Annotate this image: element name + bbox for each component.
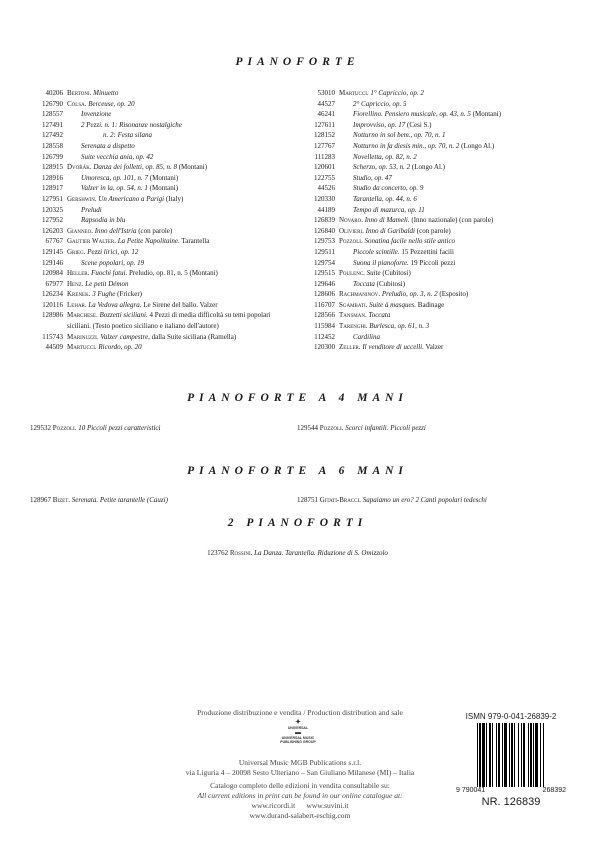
entry-text: Tansman. Toccata xyxy=(339,310,390,321)
entry-text: Marinuzzi. Valzer campestre, dalla Suite… xyxy=(67,332,236,343)
catalog-entry: 128967 Bizet. Serenata. Petite tarantell… xyxy=(30,496,168,504)
work-note: Valzer xyxy=(426,343,444,351)
entry-text: Studio, op. 47 xyxy=(339,173,392,184)
work-title: Fiorellino. Pensiero musicale, op. 43, n… xyxy=(353,110,471,118)
composer: Novaro. xyxy=(339,216,363,224)
work-note: Preludio, op. 81, n. 5 (Montani) xyxy=(129,269,218,277)
catalog-entry: 122755 Studio, op. 47 xyxy=(302,173,582,184)
catalog-entry: 123762 Rossini. La Danza. Tarantella. Ri… xyxy=(0,549,595,557)
entry-text: Suona il pianoforte. 19 Piccoli pezzi xyxy=(339,258,455,269)
work-title: Pezzi lirici, op. 12 xyxy=(87,248,138,256)
catalog-entry: 120601 Scherzo, op. 53, n. 2 (Longo Al.) xyxy=(302,162,582,173)
work-title: Studio, op. 47 xyxy=(353,174,392,182)
web-link-durand[interactable]: www.durand-salabert-eschig.com xyxy=(120,811,480,821)
composer: Henz. xyxy=(67,280,84,288)
entry-text: Notturno in fa diesis min., op. 70, n. 2… xyxy=(339,141,494,152)
catalog-entry: 129532 Pozzoli. 10 Piccoli pezzi caratte… xyxy=(30,424,160,432)
entry-text: Preludi xyxy=(67,205,102,216)
catalog-entry: 129646 Toccata (Cubitosi) xyxy=(302,279,582,290)
web-links: www.ricordi.it www.suvini.it xyxy=(120,801,480,811)
entry-text: Gianneo. Inno dell'Istria (con parole) xyxy=(67,226,172,237)
catalog-number: 126840 xyxy=(302,226,339,237)
entry-text: Piccole scintille. 15 Pezzettini facili xyxy=(339,247,454,258)
catalog-number: 115984 xyxy=(302,321,339,332)
composer: Zeller. xyxy=(339,343,361,351)
entry-text: Bertoni. Minuetto xyxy=(67,88,118,99)
catalog-number: 126790 xyxy=(30,99,67,110)
catalog-entry: 129544 Pozzoli. Scorci infantili. Piccol… xyxy=(297,424,426,432)
catalog-entry: 128557 Invenzione xyxy=(30,109,300,120)
entry-text: Lehar. La Vedova allegra. Le Sirene del … xyxy=(67,300,218,311)
section-title-4-mani: PIANOFORTE A 4 MANI xyxy=(0,392,595,404)
composer: Martucci. xyxy=(67,343,97,351)
catalog-number: 112452 xyxy=(302,332,339,343)
composer: Marinuzzi. xyxy=(67,333,99,341)
work-title: Piccole scintille. xyxy=(353,248,400,256)
catalog-entry: 120984Heller. Fuochi fatui. Preludio, op… xyxy=(30,268,300,279)
catalog-note-en: All current editions in print can be fou… xyxy=(120,791,480,801)
work-title: Inno di Garibaldi xyxy=(366,227,415,235)
catalog-number: 129515 xyxy=(302,268,339,279)
catalog-entry: 128917 Valzer in la, op. 54, n. 1 (Monta… xyxy=(30,183,300,194)
publisher-name: Universal Music MGB Publications s.r.l. xyxy=(120,758,480,768)
catalog-number: 128606 xyxy=(302,289,339,300)
entry-text: Novelletta, op. 82, n. 2 xyxy=(339,152,417,163)
catalog-entry: 112452 Cardilina xyxy=(302,332,582,343)
work-title: Rapsodia in blu xyxy=(81,216,125,224)
composer: Pozzoli. xyxy=(53,424,77,432)
catalog-number: 126839 xyxy=(302,215,339,226)
entry-text: Fiorellino. Pensiero musicale, op. 43, n… xyxy=(339,109,501,120)
entry-text: 2° Capriccio, op. 5 xyxy=(339,99,407,110)
barcode-digits-right: 268392 xyxy=(543,787,566,794)
work-title: Fuochi fatui. xyxy=(91,269,127,277)
entry-text: Cardilina xyxy=(339,332,380,343)
composer: Tarenghi. xyxy=(339,322,368,330)
entry-text: Pozzoli. Sonatina facile nello stile ant… xyxy=(339,236,455,247)
entry-text: Gershwin. Un Americano a Parigi (Italy) xyxy=(67,194,183,205)
section-title-pianoforte: PIANOFORTE xyxy=(0,56,595,68)
catalog-number: 44189 xyxy=(302,205,339,216)
catalog-note-it: Catalogo completo delle edizioni in vend… xyxy=(120,781,480,791)
section-title-6-mani: PIANOFORTE A 6 MANI xyxy=(0,465,595,477)
entry-text: Improvviso, op. 17 (Cesi S.) xyxy=(339,120,431,131)
work-title: Cardilina xyxy=(353,333,380,341)
entry-text: Gautier Walter. La Petite Napolitaine. T… xyxy=(67,236,209,247)
work-note: (con parole) xyxy=(417,227,451,235)
catalog-number: 129532 xyxy=(30,424,51,432)
work-title: Inno dell'Istria xyxy=(95,227,137,235)
logo-icon: ✦ xyxy=(278,718,318,726)
entry-text: Toccata (Cubitosi) xyxy=(339,279,405,290)
work-note: (con parole) xyxy=(138,227,172,235)
entry-text: Martucci. Ricordo, op. 20 xyxy=(67,342,142,353)
composer: Heller. xyxy=(67,269,89,277)
work-title: Umoresca, op. 101, n. 7 xyxy=(81,174,148,182)
catalog-number: 44527 xyxy=(302,99,339,110)
catalog-nr: NR. 126839 xyxy=(452,796,570,808)
catalog-entry: 126840Olivieri. Inno di Garibaldi (con p… xyxy=(302,226,582,237)
barcode: ISMN 979-0-041-26839-2 9 790041 268392 N… xyxy=(452,712,570,808)
catalog-entry: 116707Sgambati. Suite à masques. Badinag… xyxy=(302,300,582,311)
work-title: Scherzo, op. 53, n. 2 xyxy=(353,163,410,171)
catalog-number: 120330 xyxy=(302,194,339,205)
catalog-number: 44526 xyxy=(302,183,339,194)
work-title: Preludio, op. 3, n. 2 xyxy=(382,290,438,298)
work-title: Improvviso, op. 17 xyxy=(353,121,405,129)
work-title: Invenzione xyxy=(81,110,111,118)
work-note: (Esposito) xyxy=(439,290,468,298)
entry-text: Grieg. Pezzi lirici, op. 12 xyxy=(67,247,138,258)
catalog-entry: 53010Martucci. 1° Capriccio, op. 2 xyxy=(302,88,582,99)
catalog-entry: 126839Novaro. Inno di Mameli. (Inno nazi… xyxy=(302,215,582,226)
catalog-entry: 67767Gautier Walter. La Petite Napolitai… xyxy=(30,236,300,247)
catalog-number: 120601 xyxy=(302,162,339,173)
catalog-entry: 44509Martucci. Ricordo, op. 20 xyxy=(30,342,300,353)
composer: Grieg. xyxy=(67,248,85,256)
catalog-number: 120325 xyxy=(30,205,67,216)
catalog-number: 126799 xyxy=(30,152,67,163)
work-title: La Vedova allegra. xyxy=(88,301,141,309)
work-title: Tempo di mazurca, op. 11 xyxy=(353,206,425,214)
work-title: Toccata xyxy=(368,311,390,319)
composer: Poulenc. xyxy=(339,269,365,277)
catalog-number: 116707 xyxy=(302,300,339,311)
work-title: Serenata a dispetto xyxy=(81,142,135,150)
work-note: (Fricker) xyxy=(117,290,142,298)
entry-text: Scene popolari, op. 19 xyxy=(67,258,144,269)
work-note: (Cubitosi) xyxy=(377,280,405,288)
catalog-entry: 127611 Improvviso, op. 17 (Cesi S.) xyxy=(302,120,582,131)
work-title: Suite vecchia ania, op. 42 xyxy=(81,153,153,161)
work-title: Ricordo, op. 20 xyxy=(98,343,141,351)
catalog-number: 120984 xyxy=(30,268,67,279)
entry-text: Tarenghi. Burlesca, op. 61, n. 3 xyxy=(339,321,429,332)
catalog-number: 67767 xyxy=(30,236,67,247)
work-title: 1° Capriccio, op. 2 xyxy=(370,89,424,97)
catalog-entry: 129146 Scene popolari, op. 19 xyxy=(30,258,300,269)
work-note: (Inno nazionale) (con parole) xyxy=(411,216,493,224)
work-note: Le Sirene del ballo. Valzer xyxy=(143,301,217,309)
catalog-number: 67977 xyxy=(30,279,67,290)
catalog-entry: 120325 Preludi xyxy=(30,205,300,216)
work-title: La Danza. Tarantella. Riduzione di S. Om… xyxy=(254,549,388,557)
catalog-number: 128558 xyxy=(30,141,67,152)
catalog-entry: 115743Marinuzzi. Valzer campestre, dalla… xyxy=(30,332,300,343)
work-title: Berceuse, op. 20 xyxy=(88,100,134,108)
catalog-entry: 46241 Fiorellino. Pensiero musicale, op.… xyxy=(302,109,582,120)
work-title: Il venditore di uccelli. xyxy=(362,343,424,351)
work-title: Sapaiamo un ero? 2 Canti popolari tedesc… xyxy=(363,496,487,504)
work-note: Badinage xyxy=(418,301,444,309)
catalog-number: 129646 xyxy=(302,279,339,290)
catalog-entry: 128986Marchese. Bozzetti siciliani. 4 Pe… xyxy=(30,310,300,331)
catalog-entry: 129515Poulenc. Suite (Cubitosi) xyxy=(302,268,582,279)
work-title: Scene popolari, op. 19 xyxy=(81,259,144,267)
work-title: Un Americano a Parigi xyxy=(98,195,164,203)
composer: Bertoni. xyxy=(67,89,91,97)
work-title: Notturno in fa diesis min., op. 70, n. 2 xyxy=(353,142,459,150)
entry-text: Colsa. Berceuse, op. 20 xyxy=(67,99,135,110)
entry-text: Dvořák. Danza dei folletti, op. 85, n. 8… xyxy=(67,162,207,173)
work-title: Valzer in la, op. 54, n. 1 xyxy=(81,184,148,192)
composer: Pozzoli. xyxy=(320,424,344,432)
entry-text: Umoresca, op. 101, n. 7 (Montani) xyxy=(67,173,178,184)
work-title: La Petite Napolitaine. xyxy=(118,237,180,245)
publisher-logo: ✦ UNIVERSAL ▬ UNIVERSAL MUSIC PUBLISHING… xyxy=(278,718,318,744)
entry-text: Tempo di mazurca, op. 11 xyxy=(339,205,425,216)
entry-text: Marchese. Bozzetti siciliani. 4 Pezzi di… xyxy=(67,310,272,331)
entry-text: Rachmaninov. Preludio, op. 3, n. 2 (Espo… xyxy=(339,289,468,300)
catalog-entry: 120116Lehar. La Vedova allegra. Le Siren… xyxy=(30,300,300,311)
work-note: dalla Suite siciliana (Ramella) xyxy=(152,333,237,341)
entry-text: Invenzione xyxy=(67,109,111,120)
catalog-entry: 128566Tansman. Toccata xyxy=(302,310,582,321)
catalog-number: 44509 xyxy=(30,342,67,353)
entry-text: Novaro. Inno di Mameli. (Inno nazionale)… xyxy=(339,215,493,226)
catalog-entry: 128751 Gitati-Bracci. Sapaiamo un ero? 2… xyxy=(297,496,487,504)
catalog-number: 127951 xyxy=(30,194,67,205)
work-note: (Italy) xyxy=(166,195,184,203)
catalog-number: 129544 xyxy=(297,424,318,432)
catalog-entry: 127952 Rapsodia in blu xyxy=(30,215,300,226)
entry-text: Serenata a dispetto xyxy=(67,141,135,152)
composer: Gitati-Bracci. xyxy=(320,496,361,504)
entry-text: Henz. Le petit Démon xyxy=(67,279,128,290)
catalog-entry: 128152 Notturno in sol bem., op. 70, n. … xyxy=(302,130,582,141)
catalog-number: 128557 xyxy=(30,109,67,120)
catalog-number: 128917 xyxy=(30,183,67,194)
work-title: 2 Pezzi. n. 1: Risonanze nostalgiche xyxy=(81,121,182,129)
catalog-number: 123762 xyxy=(207,549,228,557)
work-note: (Montani) xyxy=(150,184,178,192)
catalog-entry: 115984Tarenghi. Burlesca, op. 61, n. 3 xyxy=(302,321,582,332)
work-note: Tarantella xyxy=(181,237,209,245)
entry-text: Heller. Fuochi fatui. Preludio, op. 81, … xyxy=(67,268,218,279)
composer: Martucci. xyxy=(339,89,369,97)
composer: Dvořák. xyxy=(67,163,92,171)
work-title: n. 2: Festa silana xyxy=(103,131,152,139)
entry-text: Notturno in sol bem., op. 70, n. 1 xyxy=(339,130,446,141)
work-title: Inno di Mameli. xyxy=(365,216,410,224)
work-title: Suona il pianoforte. xyxy=(353,259,409,267)
work-title: Le petit Démon xyxy=(85,280,128,288)
publisher-address: via Liguria 4 – 20098 Sesto Ulteriano – … xyxy=(120,768,480,778)
work-note: (Cesi S.) xyxy=(407,121,432,129)
composer: Pozzoli. xyxy=(339,237,363,245)
catalog-number: 129511 xyxy=(302,247,339,258)
catalog-entry: 129754 Suona il pianoforte. 19 Piccoli p… xyxy=(302,258,582,269)
work-title: Notturno in sol bem., op. 70, n. 1 xyxy=(353,131,446,139)
entry-text: 2 Pezzi. n. 1: Risonanze nostalgiche xyxy=(67,120,182,131)
composer: Rossini. xyxy=(230,549,253,557)
catalog-number: 111283 xyxy=(302,152,339,163)
catalog-number: 128915 xyxy=(30,162,67,173)
work-note: (Montani) xyxy=(179,163,207,171)
entry-text: Poulenc. Suite (Cubitosi) xyxy=(339,268,411,279)
composer: Tansman. xyxy=(339,311,367,319)
catalog-entry: 128915Dvořák. Danza dei folletti, op. 85… xyxy=(30,162,300,173)
work-title: Novelletta, op. 82, n. 2 xyxy=(353,153,417,161)
left-catalog-column: 40206Bertoni. Minuetto 126790Colsa. Berc… xyxy=(30,88,300,353)
work-title: Scorci infantili. Piccoli pezzi xyxy=(345,424,426,432)
catalog-entry: 129145Grieg. Pezzi lirici, op. 12 xyxy=(30,247,300,258)
catalog-entry: 111283 Novelletta, op. 82, n. 2 xyxy=(302,152,582,163)
catalog-number: 128566 xyxy=(302,310,339,321)
catalog-entry: 44527 2° Capriccio, op. 5 xyxy=(302,99,582,110)
composer: Olivieri. xyxy=(339,227,364,235)
work-note: 4 Pezzi di media difficoltà su temi popo… xyxy=(67,311,270,330)
catalog-entry: 126234Krenek. 3 Fughe (Fricker) xyxy=(30,289,300,300)
catalog-entry: 129511 Piccole scintille. 15 Pezzettini … xyxy=(302,247,582,258)
catalog-number: 128967 xyxy=(30,496,51,504)
entry-text: Valzer in la, op. 54, n. 1 (Montani) xyxy=(67,183,178,194)
catalog-entry: 127492 n. 2: Festa silana xyxy=(30,130,300,141)
catalog-entry: 126799 Suite vecchia ania, op. 42 xyxy=(30,152,300,163)
work-title: Burlesca, op. 61, n. 3 xyxy=(369,322,429,330)
catalog-entry: 127491 2 Pezzi. n. 1: Risonanze nostalgi… xyxy=(30,120,300,131)
work-title: Danza dei folletti, op. 85, n. 8 xyxy=(93,163,177,171)
footer-distribution: Produzione distribuzione e vendita / Pro… xyxy=(120,708,480,718)
link-suvini[interactable]: www.suvini.it xyxy=(306,801,348,810)
catalog-number: 115743 xyxy=(30,332,67,343)
catalog-number: 128916 xyxy=(30,173,67,184)
work-note: (Longo Al.) xyxy=(461,142,494,150)
catalog-entry: 40206Bertoni. Minuetto xyxy=(30,88,300,99)
catalog-entry: 120300Zeller. Il venditore di uccelli. V… xyxy=(302,342,582,353)
catalog-number: 126203 xyxy=(30,226,67,237)
composer: Krenek. xyxy=(67,290,90,298)
catalog-entry: 44189 Tempo di mazurca, op. 11 xyxy=(302,205,582,216)
catalog-number: 128986 xyxy=(30,310,67,331)
entry-text: Zeller. Il venditore di uccelli. Valzer xyxy=(339,342,443,353)
catalog-entry: 128606Rachmaninov. Preludio, op. 3, n. 2… xyxy=(302,289,582,300)
section-title-2-pianoforti: 2 PIANOFORTI xyxy=(0,517,595,529)
entry-text: Studio da concerto, op. 9 xyxy=(339,183,423,194)
catalog-number: 126234 xyxy=(30,289,67,300)
composer: Colsa. xyxy=(67,100,86,108)
catalog-number: 122755 xyxy=(302,173,339,184)
catalog-entry: 127767 Notturno in fa diesis min., op. 7… xyxy=(302,141,582,152)
work-note: 19 Piccoli pezzi xyxy=(411,259,456,267)
catalog-number: 128152 xyxy=(302,130,339,141)
composer: Gianneo. xyxy=(67,227,93,235)
catalog-number: 120116 xyxy=(30,300,67,311)
work-title: Preludi xyxy=(81,206,102,214)
catalog-entry: 126203Gianneo. Inno dell'Istria (con par… xyxy=(30,226,300,237)
composer: Bizet. xyxy=(53,496,70,504)
right-catalog-column: 53010Martucci. 1° Capriccio, op. 2 44527… xyxy=(302,88,582,353)
work-title: Serenata. Petite tarantelle (Cauzi) xyxy=(72,496,168,504)
catalog-entry: 127951Gershwin. Un Americano a Parigi (I… xyxy=(30,194,300,205)
work-title: Toccata xyxy=(353,280,375,288)
work-note: (Montani) xyxy=(473,110,501,118)
work-title: Bozzetti siciliani. xyxy=(100,311,148,319)
catalog-entry: 129753Pozzoli. Sonatina facile nello sti… xyxy=(302,236,582,247)
catalog-number: 53010 xyxy=(302,88,339,99)
composer: Rachmaninov. xyxy=(339,290,380,298)
work-note: (Longo Al.) xyxy=(412,163,445,171)
catalog-entry: 128558 Serenata a dispetto xyxy=(30,141,300,152)
catalog-entry: 126790Colsa. Berceuse, op. 20 xyxy=(30,99,300,110)
catalog-number: 127952 xyxy=(30,215,67,226)
catalog-number: 129753 xyxy=(302,236,339,247)
work-title: Tarantella, op. 44, n. 6 xyxy=(353,195,417,203)
work-title: Minuetto xyxy=(93,89,118,97)
barcode-bars xyxy=(452,723,570,787)
work-title: Valzer campestre, xyxy=(100,333,150,341)
entry-text: n. 2: Festa silana xyxy=(67,130,152,141)
entry-text: Suite vecchia ania, op. 42 xyxy=(67,152,153,163)
work-note: 15 Pezzettini facili xyxy=(401,248,453,256)
composer: Lehar. xyxy=(67,301,87,309)
composer: Marchese. xyxy=(67,311,98,319)
work-title: Studio da concerto, op. 9 xyxy=(353,184,423,192)
ismn-code: ISMN 979-0-041-26839-2 xyxy=(452,712,570,721)
work-title: 3 Fughe xyxy=(92,290,115,298)
logo-subtext: UNIVERSAL MUSIC PUBLISHING GROUP xyxy=(278,736,318,744)
entry-text: Krenek. 3 Fughe (Fricker) xyxy=(67,289,142,300)
catalog-number: 127767 xyxy=(302,141,339,152)
composer: Sgambati. xyxy=(339,301,367,309)
work-note: (Montani) xyxy=(150,174,178,182)
link-ricordi[interactable]: www.ricordi.it xyxy=(252,801,296,810)
work-title: Suite xyxy=(367,269,381,277)
catalog-number: 127491 xyxy=(30,120,67,131)
catalog-entry: 120330 Tarantella, op. 44, n. 6 xyxy=(302,194,582,205)
entry-text: Rapsodia in blu xyxy=(67,215,125,226)
work-title: Suite à masques. xyxy=(369,301,416,309)
catalog-number: 129146 xyxy=(30,258,67,269)
entry-text: Sgambati. Suite à masques. Badinage xyxy=(339,300,444,311)
barcode-digits-left: 9 790041 xyxy=(456,787,485,794)
entry-text: Olivieri. Inno di Garibaldi (con parole) xyxy=(339,226,451,237)
catalog-entry: 128916 Umoresca, op. 101, n. 7 (Montani) xyxy=(30,173,300,184)
catalog-number: 127611 xyxy=(302,120,339,131)
catalog-number: 40206 xyxy=(30,88,67,99)
catalog-number: 128751 xyxy=(297,496,318,504)
catalog-number: 129754 xyxy=(302,258,339,269)
catalog-entry: 44526 Studio da concerto, op. 9 xyxy=(302,183,582,194)
catalog-number: 129145 xyxy=(30,247,67,258)
composer: Gautier Walter. xyxy=(67,237,116,245)
work-note: (Cubitosi) xyxy=(382,269,410,277)
catalog-number: 127492 xyxy=(30,130,67,141)
entry-text: Scherzo, op. 53, n. 2 (Longo Al.) xyxy=(339,162,445,173)
catalog-entry: 67977Henz. Le petit Démon xyxy=(30,279,300,290)
work-title: 2° Capriccio, op. 5 xyxy=(353,100,407,108)
entry-text: Tarantella, op. 44, n. 6 xyxy=(339,194,417,205)
entry-text: Martucci. 1° Capriccio, op. 2 xyxy=(339,88,424,99)
work-title: 10 Piccoli pezzi caratteristici xyxy=(78,424,160,432)
work-title: Sonatina facile nello stile antico xyxy=(364,237,455,245)
composer: Gershwin. xyxy=(67,195,97,203)
catalog-number: 46241 xyxy=(302,109,339,120)
catalog-number: 120300 xyxy=(302,342,339,353)
